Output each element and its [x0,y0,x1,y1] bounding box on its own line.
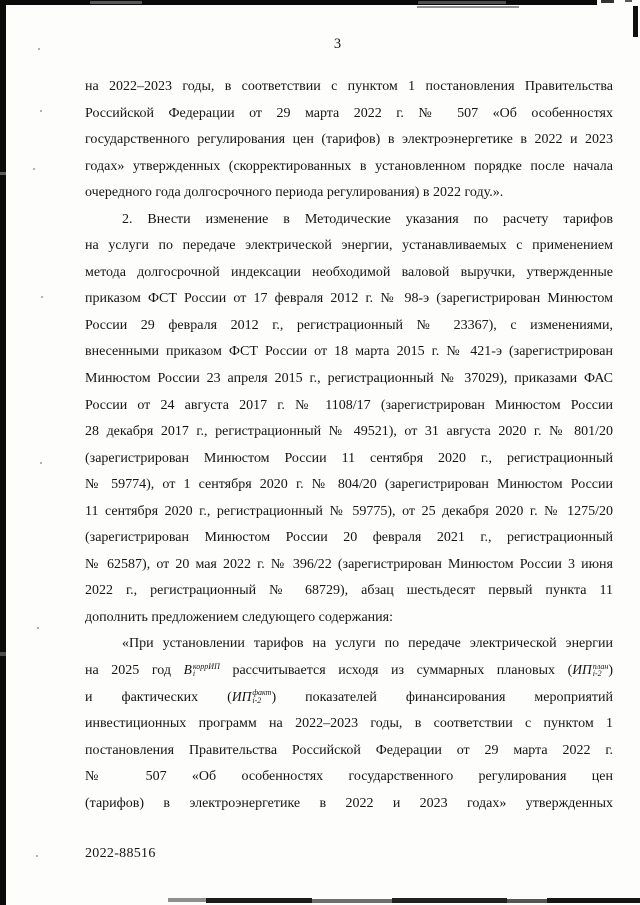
text-line: Российской Федерации от 29 марта 2022 г.… [85,101,613,128]
scan-edge-left-notch [0,652,6,656]
scan-edge-left [0,0,6,905]
scan-edge-top-dash [601,0,614,3]
scan-edge-bottom-segment [168,898,206,902]
text-line: и фактических (ИПфактi-2) показателей фи… [85,685,613,712]
text-line: Минюстом России 23 апреля 2015 г., регис… [85,366,613,393]
formula-subscript: i [193,670,220,678]
scan-speckle [33,168,35,170]
text-line: России от 24 августа 2017 г. № 1108/17 (… [85,393,613,420]
text-line: годах» утвержденных (скорректированных в… [85,154,613,181]
text-line: 11 сентября 2020 г., регистрационный № 5… [85,499,613,526]
math-formula: ИПпланi-2 [572,663,608,678]
scan-edge-top-segment [418,1,506,4]
scan-speckle [40,110,42,112]
scan-edge-right-bar [633,6,638,37]
formula-subscript: i-2 [252,697,271,705]
math-formula: ИПфактi-2 [232,689,272,704]
text-line: № 62587), от 20 мая 2022 г. № 396/22 (за… [85,552,613,579]
scan-speckle [41,296,43,298]
text-line: России 29 февраля 2012 г., регистрационн… [85,313,613,340]
text-line: постановления Правительства Российской Ф… [85,738,613,765]
text-line: на 2025 год ВкоррИПi рассчитывается исхо… [85,658,613,685]
formula-scripts: фактi-2 [252,689,271,704]
text-lines: на 2022–2023 годы, в соответствии с пунк… [85,74,613,817]
math-formula: ВкоррИПi [184,663,220,678]
text-line: на услуги по передаче электрической энер… [85,233,613,260]
footer-document-code: 2022-88516 [85,846,156,862]
scan-speckle [40,462,42,464]
scan-speckle [38,48,40,50]
formula-subscript: i-2 [593,670,609,678]
text-line: «При установлении тарифов на услуги по п… [85,631,613,658]
formula-base: ИП [232,690,252,704]
text-line: № 507 «Об особенностях государственного … [85,764,613,791]
text-line: приказом ФСТ России от 17 февраля 2012 г… [85,286,613,313]
text-line: № 59774), от 1 сентября 2020 г. № 804/20… [85,472,613,499]
formula-scripts: коррИПi [193,663,220,678]
text-line: очередного года долгосрочного периода ре… [85,180,613,207]
formula-superscript: коррИП [193,663,220,671]
text-line: на 2022–2023 годы, в соответствии с пунк… [85,74,613,101]
scan-edge-top-tick [625,0,632,2]
scan-edge-bottom-segment [507,899,547,903]
text-line: (тарифов) в электроэнергетике в 2022 и 2… [85,791,613,818]
text-line: метода долгосрочной индексации необходим… [85,260,613,287]
text-line: дополнить предложением следующего содерж… [85,605,613,632]
scan-edge-bottom-segment [392,898,507,903]
scan-speckle [37,627,39,629]
scan-edge-bottom-segment [547,898,640,903]
text-line: государственного регулирования цен (тари… [85,127,613,154]
document-page: 3 на 2022–2023 годы, в соответствии с пу… [0,0,640,905]
scan-edge-bottom-segment [312,899,392,903]
text-line: (зарегистрирован Минюстом России 20 февр… [85,525,613,552]
scan-edge-top-line [417,6,519,8]
scan-edge-left-notch [0,172,6,175]
text-line: (зарегистрирован Минюстом России 11 сент… [85,446,613,473]
formula-scripts: планi-2 [593,663,609,678]
formula-base: ИП [572,663,592,677]
scan-speckle [36,855,38,857]
scan-edge-top-segment [90,1,142,4]
scan-edge-bottom-segment [206,898,312,903]
text-line: 2. Внести изменение в Методические указа… [85,207,613,234]
text-line: 2022 г., регистрационный № 68729), абзац… [85,578,613,605]
formula-base: В [184,663,192,677]
text-line: 28 декабря 2017 г., регистрационный № 49… [85,419,613,446]
text-line: инвестиционных программ на 2022–2023 год… [85,711,613,738]
page-number: 3 [85,36,590,53]
text-line: внесенными приказом ФСТ России от 18 мар… [85,339,613,366]
